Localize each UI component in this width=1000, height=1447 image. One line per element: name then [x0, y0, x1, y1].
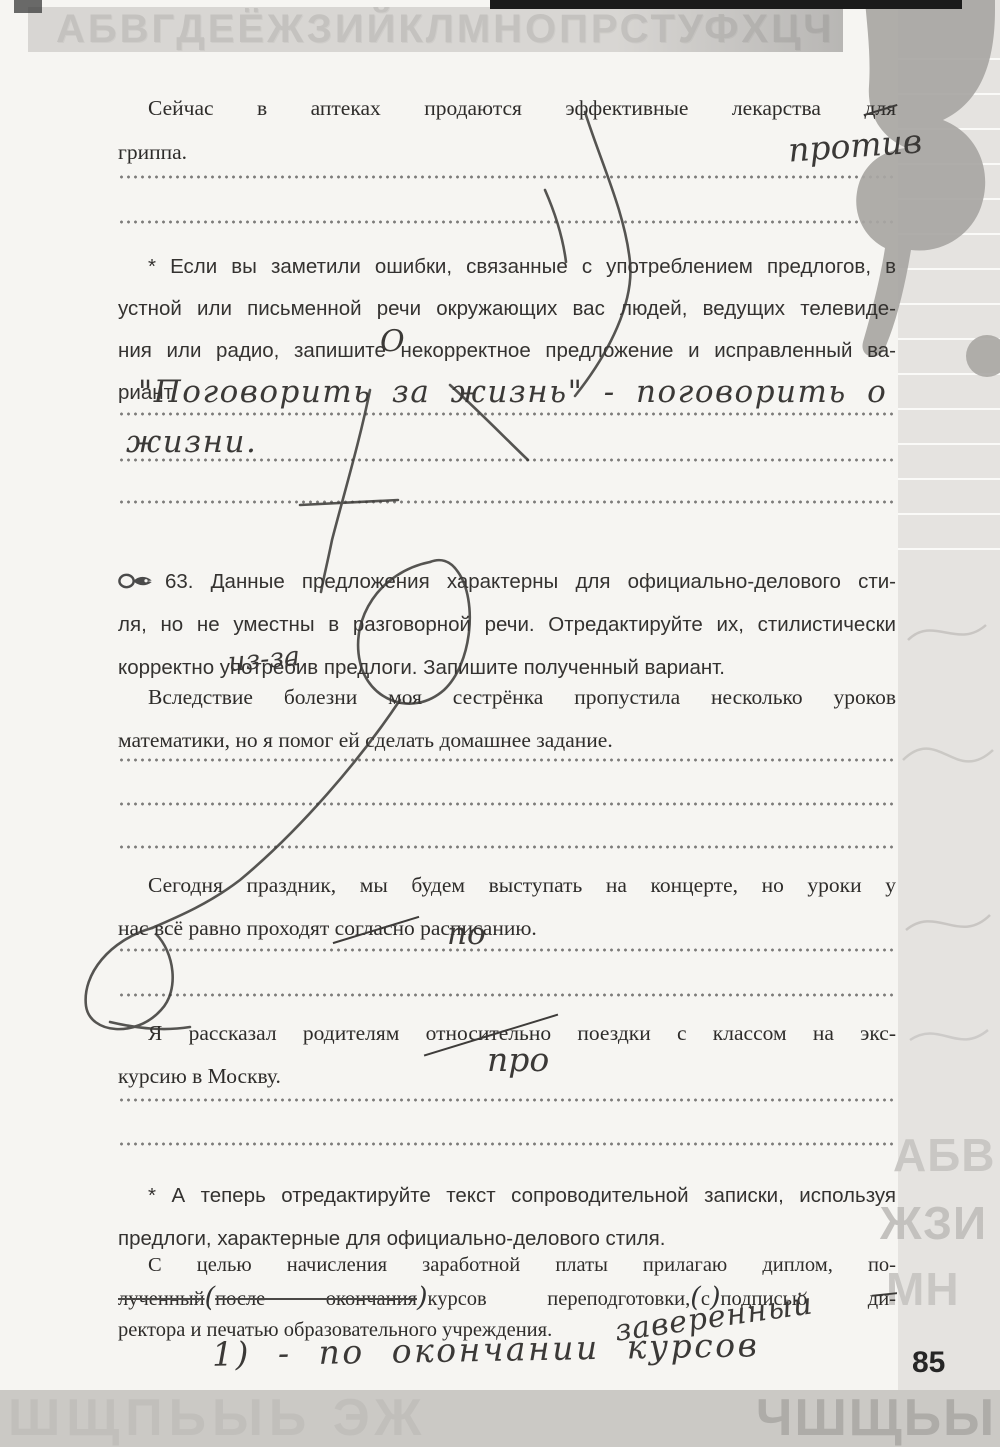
sentence-text: Сегодня праздник, мы будем выступать на … [118, 864, 896, 907]
exercise-text: Данные предложения характерны для официа… [211, 570, 896, 593]
sentence-text: нас всё равно проходят [118, 916, 329, 940]
dotted-line [118, 500, 896, 504]
sentence-vsledstvie: Вследствие болезни моя сестрёнка пропуст… [118, 676, 896, 762]
exercise-text: ля, но не уместны в разговорной речи. От… [118, 603, 896, 646]
sentence-text: болезни моя сестрёнка пропустила несколь… [284, 685, 896, 709]
crossed-word-soglasno: согласно [335, 907, 415, 950]
sentence-soglasno: Сегодня праздник, мы будем выступать на … [118, 864, 896, 950]
alphabet-band-bottom-right: ЧШЩЬЫ [756, 1390, 996, 1447]
sentence-flu-text2: гриппа. [118, 130, 896, 174]
sentence-flu: Сейчас в аптеках продаются эффективные л… [118, 86, 896, 174]
dotted-line [118, 1098, 896, 1102]
sentence-flu-text: Сейчас в аптеках продаются эффективные л… [148, 96, 821, 120]
paragraph-text: курсов переподготовки, [428, 1288, 691, 1310]
workbook-page: АБВГДЕЁЖЗИЙКЛМНОПРСТУФХЦЧ АБВ ЖЗИ МН Сей… [0, 0, 1000, 1447]
note-line: устной или письменной речи окружающих ва… [118, 288, 896, 330]
top-black-strip [490, 0, 962, 9]
word-vsledstvie: Вследствие [148, 685, 253, 709]
handwriting-answer-line2: жизни. [126, 424, 257, 460]
note-line: * А теперь отредактируйте текст сопровод… [118, 1174, 896, 1217]
handwritten-paren: ) [417, 1282, 428, 1313]
alphabet-band-bottom: ШЩПЬЫЬ ЭЖ ЧШЩЬЫ [0, 1390, 1000, 1447]
sentence-text: математики, но я помог ей сделать домашн… [118, 719, 896, 762]
paragraph-line: С целью начисления заработной платы прил… [118, 1250, 896, 1281]
page-number: 85 [912, 1346, 945, 1380]
sentence-text: поездки с классом на экс- [577, 1021, 896, 1045]
alphabet-band-bottom-left: ШЩПЬЫЬ ЭЖ [8, 1390, 427, 1447]
dotted-line [118, 802, 896, 806]
note-edit-text: * А теперь отредактируйте текст сопровод… [118, 1174, 896, 1260]
note-line: ния или радио, запишите некорректное пре… [118, 330, 896, 372]
handwritten-paren: ( [205, 1282, 216, 1313]
band-shade [28, 7, 843, 52]
dotted-line [118, 845, 896, 849]
margin-letters-2: ЖЗИ [880, 1196, 987, 1250]
handwriting-dash: — [868, 1275, 899, 1311]
margin-letters-1: АБВ [893, 1128, 996, 1182]
top-left-mark [14, 0, 42, 13]
handwriting-po: по [447, 916, 486, 952]
dotted-line [118, 1142, 896, 1146]
handwriting-pro: про [487, 1040, 549, 1079]
note-line: * Если вы заметили ошибки, связанные с у… [118, 246, 896, 288]
exercise-marker-icon [118, 572, 156, 590]
dotted-line [118, 175, 896, 179]
alphabet-band-top: АБВГДЕЁЖЗИЙКЛМНОПРСТУФХЦЧ [28, 7, 843, 52]
handwriting-o-mark: О [380, 324, 405, 359]
struck-word-luchenny: лученный [118, 1288, 205, 1310]
exercise-number: 63. [165, 570, 194, 593]
handwriting-answer-line1: "Поговорить за жизнь" - поговорить о [138, 374, 887, 410]
dotted-line [118, 220, 896, 224]
sentence-text: Я рассказал родителям [148, 1021, 399, 1045]
struck-phrase-posle: после окончания [215, 1288, 417, 1310]
handwriting-izza: из-за [227, 641, 301, 678]
dotted-line [118, 993, 896, 997]
